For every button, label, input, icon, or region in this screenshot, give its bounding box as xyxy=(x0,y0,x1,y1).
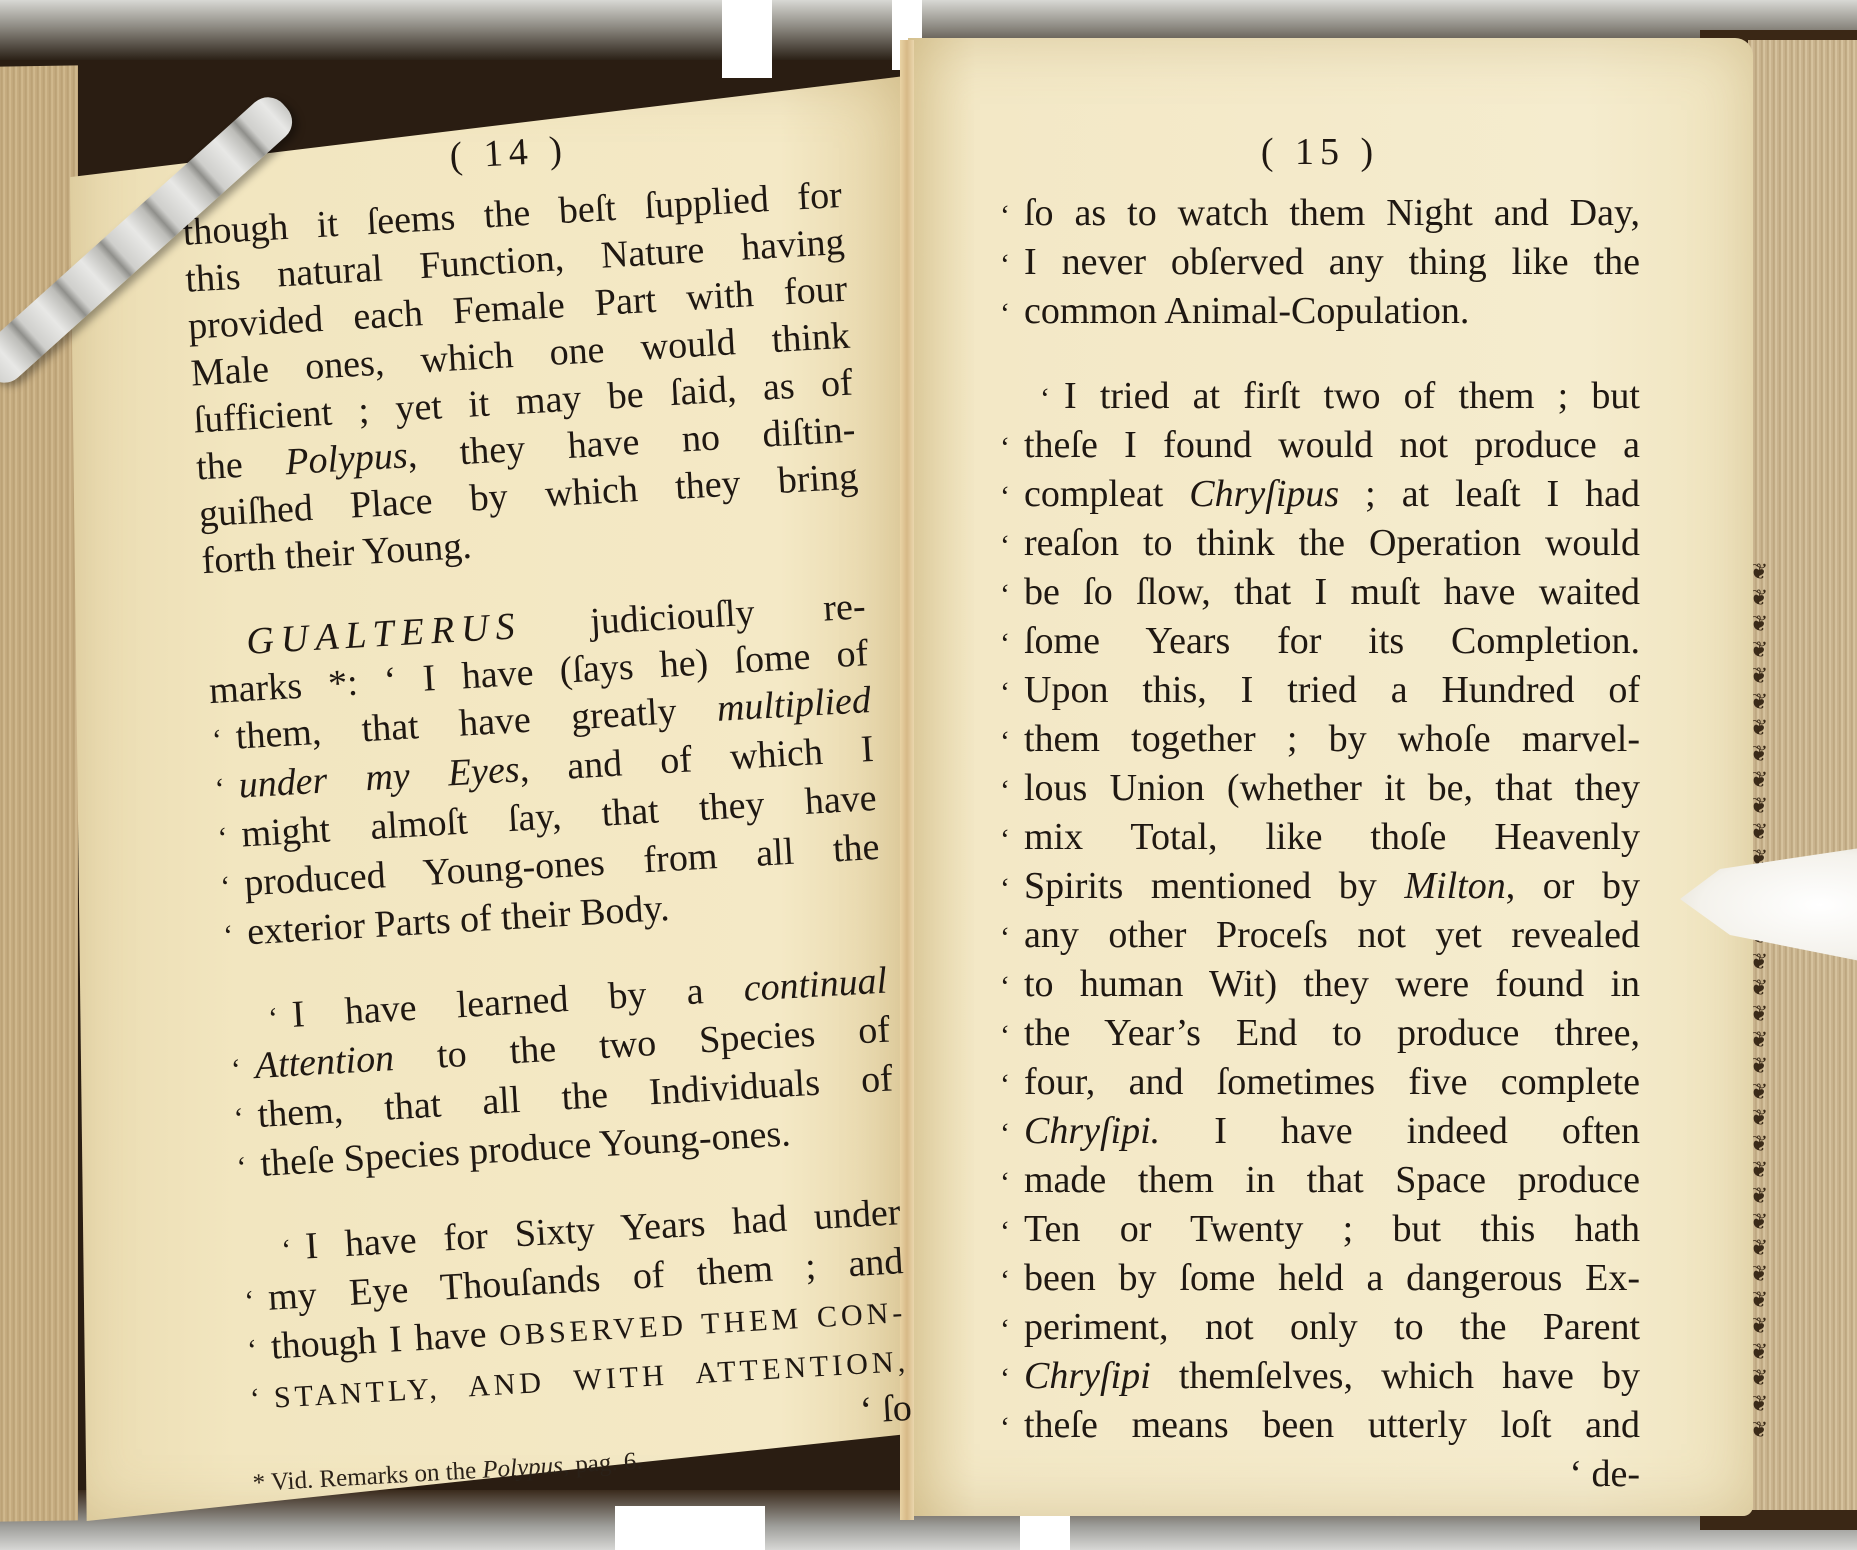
redaction-bar xyxy=(615,1506,765,1550)
quote-mark: ‘ xyxy=(1000,1110,1024,1157)
quote-mark: ‘ xyxy=(267,994,294,1042)
paragraph: ‘I have learned by a continual‘Attention… xyxy=(227,958,897,1192)
quote-mark: ‘ xyxy=(1000,1012,1024,1059)
paragraph-line: ‘ſome Years for its Completion. xyxy=(1000,618,1640,667)
paragraph-line: ‘Chryſipi themſelves, which have by xyxy=(1000,1353,1640,1402)
quote-mark: ‘ xyxy=(1000,816,1024,863)
quote-mark: ‘ xyxy=(1000,241,1024,288)
paragraph-line: ‘lous Union (whether it be, that they xyxy=(1000,765,1640,814)
paragraph-line: ‘common Animal-Copulation. xyxy=(1000,288,1640,337)
quote-mark: ‘ xyxy=(246,1326,273,1374)
quote-mark: ‘ xyxy=(1000,522,1024,569)
paragraph-line: ‘reaſon to think the Operation would xyxy=(1000,520,1640,569)
quote-mark: ‘ xyxy=(219,862,246,910)
paragraph: marks *: ‘ I have (ſays he) ſome of‘them… xyxy=(208,630,884,960)
quote-mark: ‘ xyxy=(1000,1257,1024,1304)
paragraph-line: ‘Chryſipi. I have indeed often xyxy=(1000,1108,1640,1157)
quote-mark: ‘ xyxy=(1000,669,1024,716)
quote-mark: ‘ xyxy=(1000,192,1024,239)
paragraph-line: ‘theſe means been utterly loſt and xyxy=(1000,1402,1640,1451)
left-page-text: ( 14 ) though it ſeems the beſt ſupplied… xyxy=(178,112,913,1470)
quote-mark: ‘ xyxy=(211,716,238,764)
quote-mark: ‘ xyxy=(216,814,243,862)
paragraph-line: ‘Ten or Twenty ; but this hath xyxy=(1000,1206,1640,1255)
quote-mark: ‘ xyxy=(1000,1306,1024,1353)
quote-mark: ‘ xyxy=(1000,424,1024,471)
paragraph-line: ‘the Year’s End to produce three, xyxy=(1000,1010,1640,1059)
redaction-bar xyxy=(722,0,772,78)
paragraph-line: ‘Spirits mentioned by Milton, or by xyxy=(1000,863,1640,912)
quote-mark: ‘ xyxy=(233,1094,260,1142)
paragraph: ‘I tried at firſt two of them ; but‘theſ… xyxy=(1000,373,1640,1451)
paragraph-line: ‘be ſo ſlow, that I muſt have waited xyxy=(1000,569,1640,618)
paragraph-line: ‘to human Wit) they were found in xyxy=(1000,961,1640,1010)
quote-mark: ‘ xyxy=(1000,571,1024,618)
paragraph-line: ‘mix Total, like thoſe Heavenly xyxy=(1000,814,1640,863)
paragraph-line: ‘compleat Chryſipus ; at leaſt I had xyxy=(1000,471,1640,520)
quote-mark: ‘ xyxy=(1000,1159,1024,1206)
right-page-text: ( 15 ) ‘ſo as to watch them Night and Da… xyxy=(1000,130,1640,1498)
quote-mark: ‘ xyxy=(1000,963,1024,1010)
paragraph-line: ‘four, and ſometimes five complete xyxy=(1000,1059,1640,1108)
quote-mark: ‘ xyxy=(214,765,241,813)
quote-mark: ‘ xyxy=(249,1375,276,1423)
quote-mark: ‘ xyxy=(280,1226,307,1274)
paragraph-line: ‘any other Proceſs not yet revealed xyxy=(1000,912,1640,961)
paragraph-line: ‘made them in that Space produce xyxy=(1000,1157,1640,1206)
quote-mark: ‘ xyxy=(1000,865,1024,912)
paragraph-line: ‘theſe I found would not produce a xyxy=(1000,422,1640,471)
quote-mark: ‘ xyxy=(1000,473,1024,520)
quote-mark: ‘ xyxy=(1000,1061,1024,1108)
quote-mark: ‘ xyxy=(235,1143,262,1191)
paragraph-line: ‘been by ſome held a dangerous Ex- xyxy=(1000,1255,1640,1304)
paragraph-line: ‘ſo as to watch them Night and Day, xyxy=(1000,190,1640,239)
quote-mark: ‘ xyxy=(1000,1208,1024,1255)
paragraph: ‘ſo as to watch them Night and Day,‘I ne… xyxy=(1000,190,1640,337)
quote-mark: ‘ xyxy=(1000,718,1024,765)
quote-mark: ‘ xyxy=(1000,914,1024,961)
quote-mark: ‘ xyxy=(1040,375,1064,422)
paragraph-line: ‘them together ; by whoſe marvel- xyxy=(1000,716,1640,765)
quote-mark: ‘ xyxy=(1000,1355,1024,1402)
quote-mark: ‘ xyxy=(230,1045,257,1093)
quote-mark: ‘ xyxy=(243,1277,270,1325)
quote-mark: ‘ xyxy=(1000,767,1024,814)
quote-mark: ‘ xyxy=(1000,1404,1024,1451)
paragraph-line: ‘I never obſerved any thing like the xyxy=(1000,239,1640,288)
paragraph-line: ‘Upon this, I tried a Hundred of xyxy=(1000,667,1640,716)
page-number: ( 15 ) xyxy=(1000,130,1640,190)
catchword: ‘ de- xyxy=(1000,1451,1640,1498)
quote-mark: ‘ xyxy=(1000,290,1024,337)
paragraph-line: ‘periment, not only to the Parent xyxy=(1000,1304,1640,1353)
paragraph: ‘I have for Sixty Years had under‘my Eye… xyxy=(240,1189,910,1423)
quote-mark: ‘ xyxy=(1000,620,1024,667)
paragraph-line: ‘I tried at firſt two of them ; but xyxy=(1000,373,1640,422)
paragraph: though it ſeems the beſt ſupplied forthi… xyxy=(181,172,862,585)
quote-mark: ‘ xyxy=(222,911,249,959)
